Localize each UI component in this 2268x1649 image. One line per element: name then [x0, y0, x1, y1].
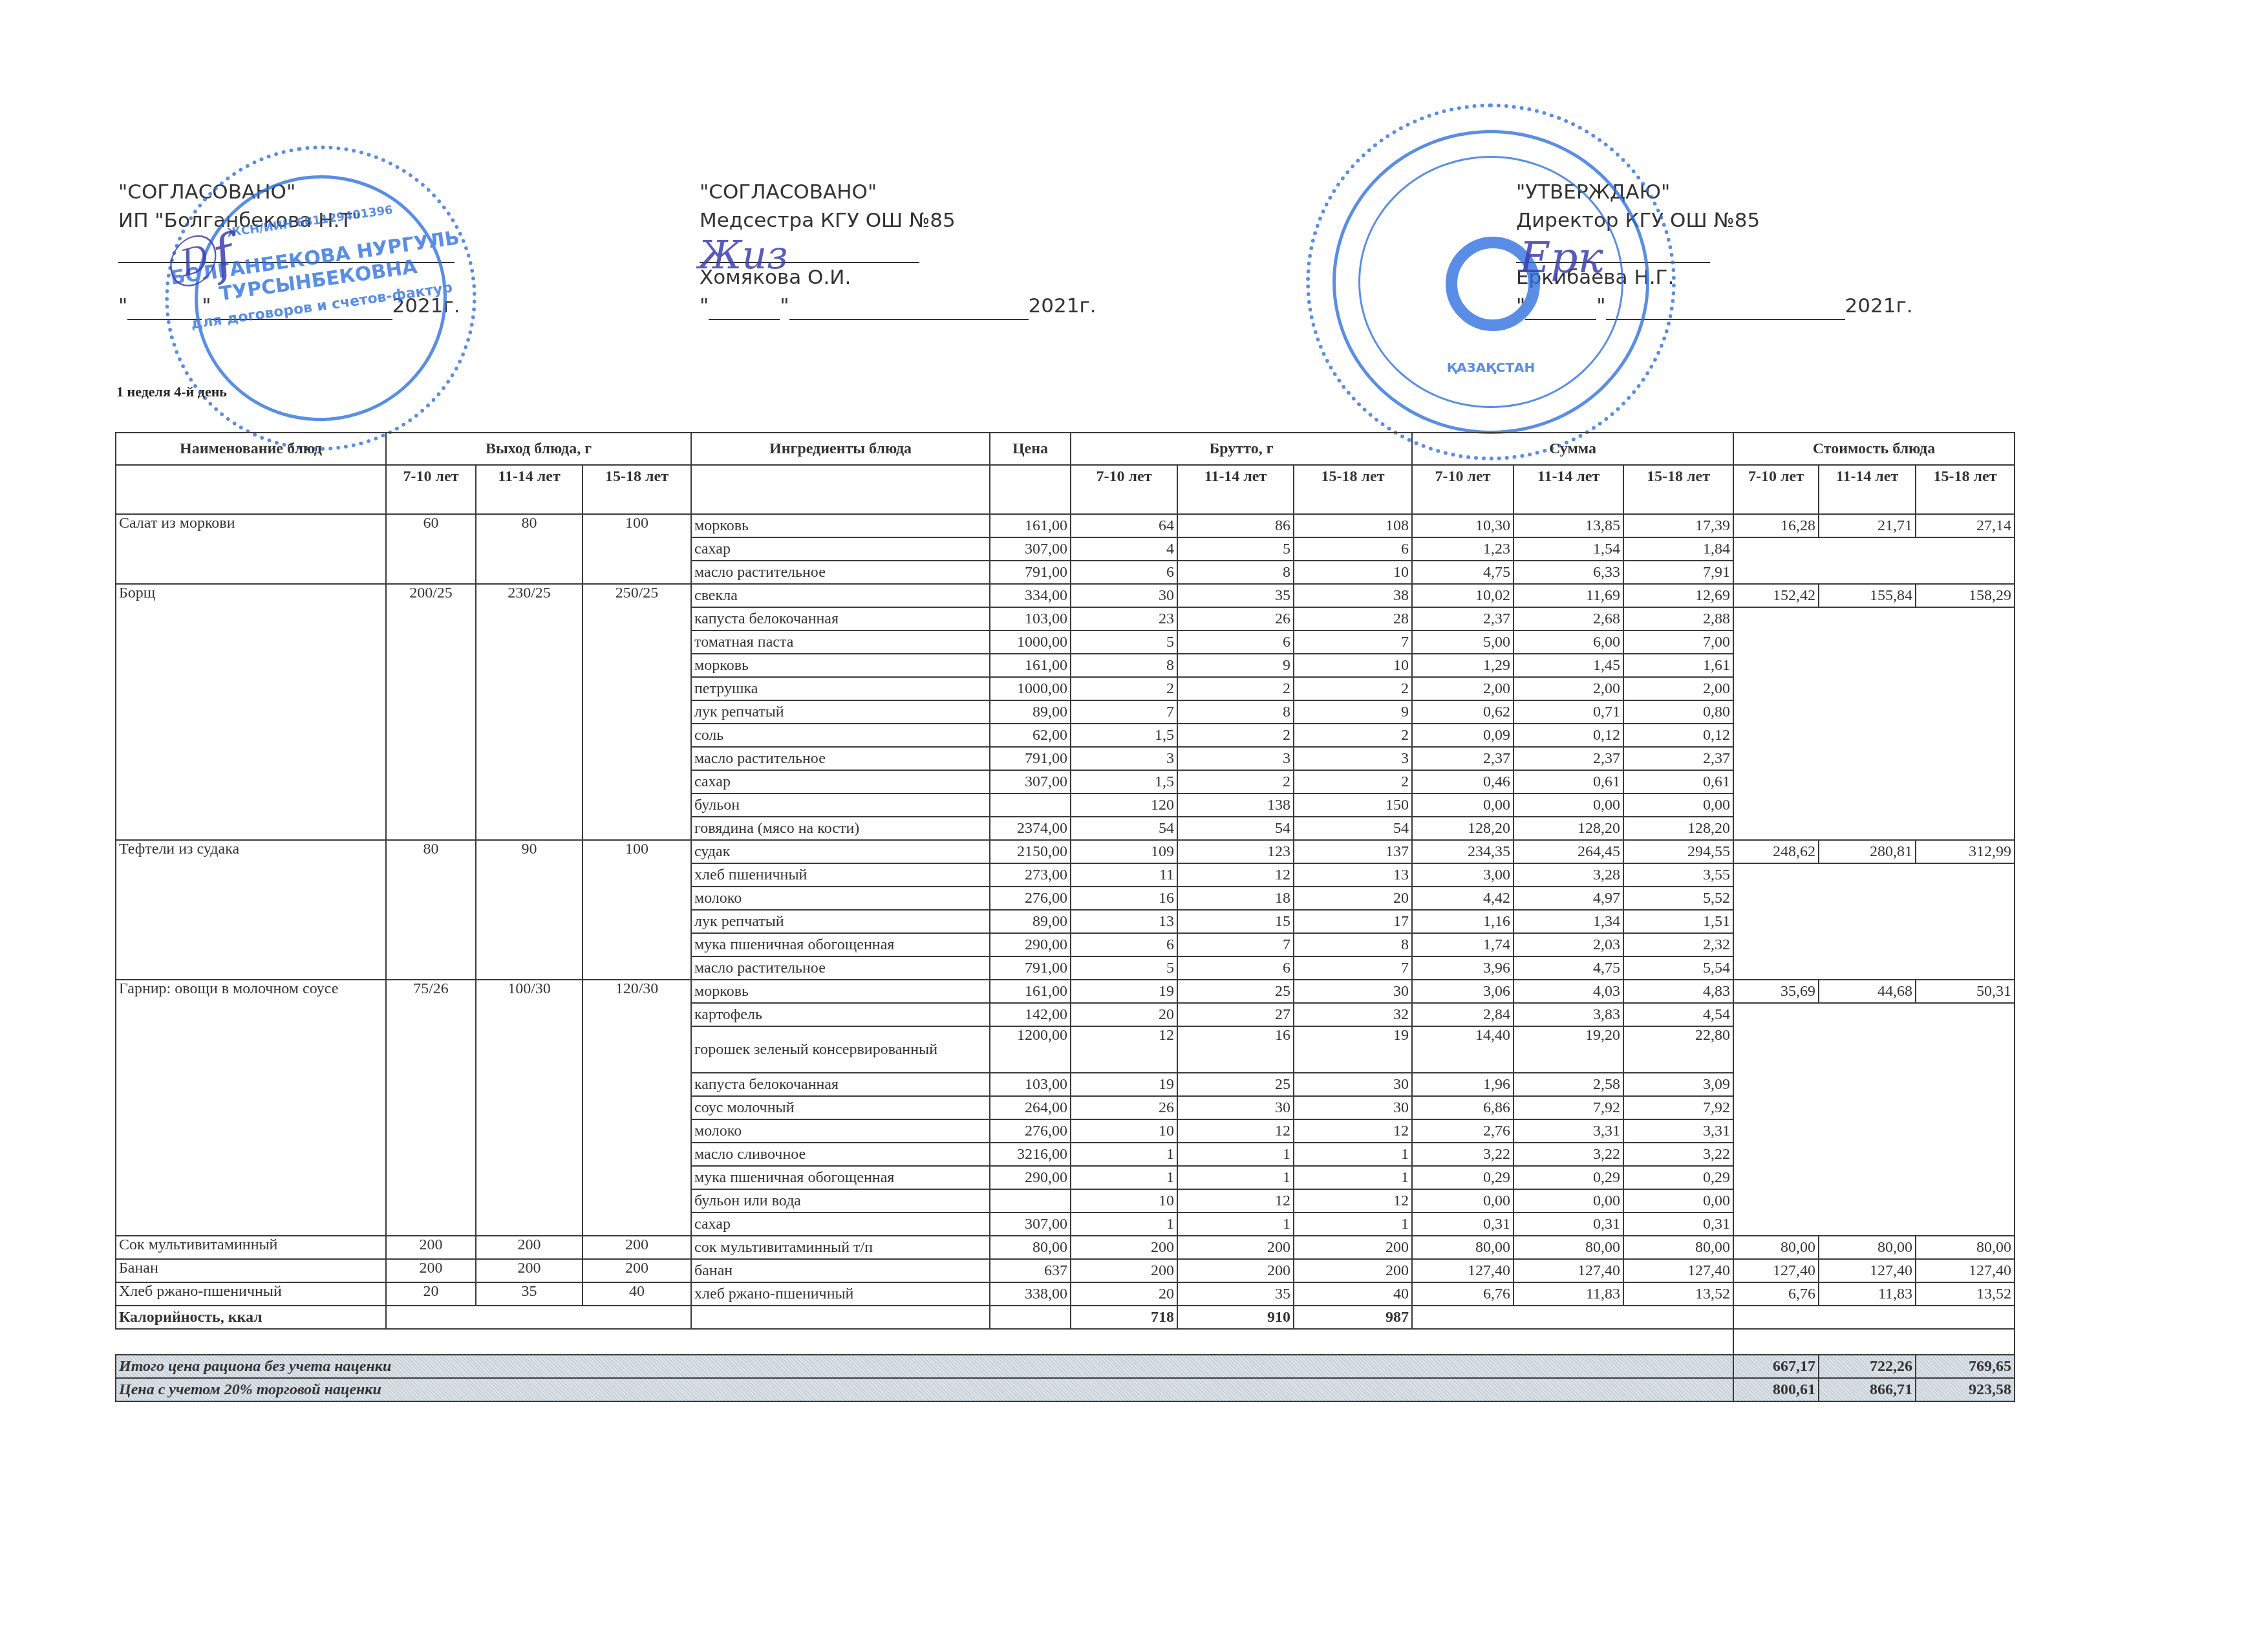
- ingredient-name: масло сливочное: [691, 1143, 990, 1166]
- brutto-0: 12: [1071, 1026, 1177, 1073]
- dish-yield-0: 200: [386, 1259, 476, 1282]
- dish-yield-2: 120/30: [583, 980, 691, 1236]
- brutto-1: 200: [1177, 1259, 1294, 1282]
- blank: [116, 1329, 1733, 1355]
- sum-0: 128,20: [1412, 817, 1514, 840]
- sum-2: 2,37: [1623, 747, 1733, 770]
- dish-yield-2: 200: [583, 1259, 691, 1282]
- brutto-2: 137: [1294, 840, 1412, 863]
- yield-age-0: 7-10 лет: [386, 465, 476, 514]
- brutto-2: 54: [1294, 817, 1412, 840]
- ingredient-price: 264,00: [990, 1096, 1071, 1119]
- calories-row: Калорийность, ккал718910987: [116, 1306, 2015, 1329]
- sum-1: 3,28: [1514, 863, 1623, 887]
- sum-2: 3,31: [1623, 1119, 1733, 1143]
- subheader-blank: [691, 465, 990, 514]
- brutto-0: 109: [1071, 840, 1177, 863]
- dish-name: Тефтели из судака: [116, 840, 386, 980]
- table-body: Салат из моркови6080100морковь161,006486…: [116, 514, 2015, 1401]
- sum-1: 0,31: [1514, 1212, 1623, 1236]
- brutto-0: 10: [1071, 1119, 1177, 1143]
- sum-2: 0,31: [1623, 1212, 1733, 1236]
- brutto-0: 26: [1071, 1096, 1177, 1119]
- cost-age-2: 15-18 лет: [1916, 465, 2015, 514]
- cost-blank: [1733, 863, 2015, 980]
- dish-cost-0: 127,40: [1733, 1259, 1819, 1282]
- dish-cost-0: 16,28: [1733, 514, 1819, 537]
- sum-2: 17,39: [1623, 514, 1733, 537]
- sum-0: 0,09: [1412, 724, 1514, 747]
- brutto-2: 28: [1294, 607, 1412, 630]
- brutto-0: 30: [1071, 584, 1177, 607]
- brutto-0: 4: [1071, 537, 1177, 561]
- sum-1: 11,69: [1514, 584, 1623, 607]
- approval-title: "СОГЛАСОВАНО": [700, 178, 1097, 206]
- sum-1: 128,20: [1514, 817, 1623, 840]
- brutto-0: 5: [1071, 956, 1177, 980]
- brutto-2: 10: [1294, 561, 1412, 584]
- brutto-1: 200: [1177, 1236, 1294, 1259]
- total-label: Итого цена рациона без учета наценки: [116, 1355, 1733, 1378]
- brutto-0: 1: [1071, 1143, 1177, 1166]
- sum-2: 7,00: [1623, 630, 1733, 654]
- sum-1: 127,40: [1514, 1259, 1623, 1282]
- ingredient-price: 80,00: [990, 1236, 1071, 1259]
- dish-cost-2: 80,00: [1916, 1236, 2015, 1259]
- ingredient-name: бульон: [691, 793, 990, 817]
- dish-cost-2: 50,31: [1916, 980, 2015, 1003]
- brutto-2: 1: [1294, 1143, 1412, 1166]
- sum-0: 0,46: [1412, 770, 1514, 793]
- ingredient-price: 637: [990, 1259, 1071, 1282]
- ingredient-price: 307,00: [990, 537, 1071, 561]
- month-blank: [789, 299, 1029, 320]
- brutto-1: 9: [1177, 654, 1294, 677]
- dish-cost-2: 158,29: [1916, 584, 2015, 607]
- brutto-0: 20: [1071, 1003, 1177, 1026]
- brutto-1: 8: [1177, 700, 1294, 724]
- dish-yield-0: 200: [386, 1236, 476, 1259]
- brutto-1: 1: [1177, 1143, 1294, 1166]
- total-value-0: 667,17: [1733, 1355, 1819, 1378]
- sum-1: 0,29: [1514, 1166, 1623, 1189]
- brutto-1: 54: [1177, 817, 1294, 840]
- ingredient-price: 290,00: [990, 1166, 1071, 1189]
- sum-1: 0,71: [1514, 700, 1623, 724]
- ingredient-name: банан: [691, 1259, 990, 1282]
- header-dish: Наименование блюд: [116, 433, 386, 465]
- sum-age-0: 7-10 лет: [1412, 465, 1514, 514]
- sum-1: 3,22: [1514, 1143, 1623, 1166]
- sum-2: 0,61: [1623, 770, 1733, 793]
- sum-0: 3,00: [1412, 863, 1514, 887]
- brutto-0: 2: [1071, 677, 1177, 700]
- brutto-2: 1: [1294, 1166, 1412, 1189]
- dish-cost-1: 280,81: [1819, 840, 1916, 863]
- brutto-2: 40: [1294, 1282, 1412, 1306]
- ingredient-price: 307,00: [990, 770, 1071, 793]
- brutto-0: 54: [1071, 817, 1177, 840]
- yield-age-2: 15-18 лет: [583, 465, 691, 514]
- sum-1: 0,12: [1514, 724, 1623, 747]
- table-header-row: Наименование блюд Выход блюда, г Ингреди…: [116, 433, 2015, 465]
- sum-0: 0,62: [1412, 700, 1514, 724]
- dish-cost-1: 21,71: [1819, 514, 1916, 537]
- ingredient-name: бульон или вода: [691, 1189, 990, 1212]
- brutto-1: 8: [1177, 561, 1294, 584]
- menu-cost-table: Наименование блюд Выход блюда, г Ингреди…: [115, 432, 2015, 1402]
- cost-blank: [1733, 1003, 2015, 1236]
- brutto-0: 120: [1071, 793, 1177, 817]
- header-sum: Сумма: [1412, 433, 1733, 465]
- ingredient-name: сок мультивитаминный т/п: [691, 1236, 990, 1259]
- ingredient-price: 276,00: [990, 887, 1071, 910]
- ingredient-price: 62,00: [990, 724, 1071, 747]
- month-blank: [1606, 299, 1845, 320]
- brutto-0: 11: [1071, 863, 1177, 887]
- sum-0: 4,75: [1412, 561, 1514, 584]
- dish-cost-1: 80,00: [1819, 1236, 1916, 1259]
- dish-yield-2: 200: [583, 1236, 691, 1259]
- brutto-2: 10: [1294, 654, 1412, 677]
- cost-blank: [1733, 607, 2015, 840]
- brutto-1: 2: [1177, 770, 1294, 793]
- brutto-1: 2: [1177, 677, 1294, 700]
- day-blank: [127, 299, 202, 320]
- sum-0: 10,02: [1412, 584, 1514, 607]
- day-blank: [709, 299, 780, 320]
- brutto-1: 123: [1177, 840, 1294, 863]
- header-ingredients: Ингредиенты блюда: [691, 433, 990, 465]
- sum-2: 127,40: [1623, 1259, 1733, 1282]
- sum-2: 0,29: [1623, 1166, 1733, 1189]
- sum-2: 5,52: [1623, 887, 1733, 910]
- brutto-0: 23: [1071, 607, 1177, 630]
- month-blank: [211, 299, 392, 320]
- brutto-1: 25: [1177, 1073, 1294, 1096]
- sum-2: 0,80: [1623, 700, 1733, 724]
- ingredient-price: 2374,00: [990, 817, 1071, 840]
- sum-2: 2,88: [1623, 607, 1733, 630]
- sum-0: 80,00: [1412, 1236, 1514, 1259]
- table-row: Гарнир: овощи в молочном соусе75/26100/3…: [116, 980, 2015, 1003]
- brutto-2: 30: [1294, 1073, 1412, 1096]
- calories-value-2: 987: [1294, 1306, 1412, 1329]
- brutto-1: 138: [1177, 793, 1294, 817]
- brutto-2: 32: [1294, 1003, 1412, 1026]
- sum-1: 1,45: [1514, 654, 1623, 677]
- sum-0: 3,96: [1412, 956, 1514, 980]
- calories-label: Калорийность, ккал: [116, 1306, 386, 1329]
- dish-cost-0: 6,76: [1733, 1282, 1819, 1306]
- brutto-2: 7: [1294, 630, 1412, 654]
- brutto-0: 19: [1071, 1073, 1177, 1096]
- ingredient-name: молоко: [691, 887, 990, 910]
- dish-cost-1: 11,83: [1819, 1282, 1916, 1306]
- dish-cost-1: 155,84: [1819, 584, 1916, 607]
- sum-1: 13,85: [1514, 514, 1623, 537]
- sum-age-1: 11-14 лет: [1514, 465, 1623, 514]
- brutto-0: 1: [1071, 1166, 1177, 1189]
- dish-cost-0: 80,00: [1733, 1236, 1819, 1259]
- sum-0: 5,00: [1412, 630, 1514, 654]
- sum-2: 3,55: [1623, 863, 1733, 887]
- brutto-0: 6: [1071, 561, 1177, 584]
- day-blank: [1525, 299, 1596, 320]
- sum-2: 294,55: [1623, 840, 1733, 863]
- subheader-blank: [990, 465, 1071, 514]
- dish-name: Гарнир: овощи в молочном соусе: [116, 980, 386, 1236]
- calories-value-0: 718: [1071, 1306, 1177, 1329]
- brutto-2: 1: [1294, 1212, 1412, 1236]
- sum-2: 80,00: [1623, 1236, 1733, 1259]
- dish-cost-2: 27,14: [1916, 514, 2015, 537]
- brutto-0: 64: [1071, 514, 1177, 537]
- brutto-2: 6: [1294, 537, 1412, 561]
- sum-2: 1,51: [1623, 910, 1733, 933]
- dish-yield-2: 40: [583, 1282, 691, 1306]
- ingredient-name: молоко: [691, 1119, 990, 1143]
- table-row: Борщ200/25230/25250/25свекла334,00303538…: [116, 584, 2015, 607]
- sum-2: 128,20: [1623, 817, 1733, 840]
- sum-2: 3,22: [1623, 1143, 1733, 1166]
- ingredient-name: лук репчатый: [691, 910, 990, 933]
- ingredient-price: 2150,00: [990, 840, 1071, 863]
- sum-1: 2,03: [1514, 933, 1623, 956]
- brutto-0: 10: [1071, 1189, 1177, 1212]
- ingredient-price: 338,00: [990, 1282, 1071, 1306]
- sum-0: 1,16: [1412, 910, 1514, 933]
- sum-1: 1,34: [1514, 910, 1623, 933]
- ingredient-price: 161,00: [990, 514, 1071, 537]
- sum-1: 6,33: [1514, 561, 1623, 584]
- total-value-2: 923,58: [1916, 1378, 2015, 1401]
- table-subheader-row: 7-10 лет11-14 лет15-18 лет7-10 лет11-14 …: [116, 465, 2015, 514]
- sum-1: 1,54: [1514, 537, 1623, 561]
- sum-2: 0,00: [1623, 1189, 1733, 1212]
- brutto-2: 2: [1294, 677, 1412, 700]
- dish-name: Борщ: [116, 584, 386, 840]
- dish-yield-1: 230/25: [476, 584, 583, 840]
- blank: [1412, 1306, 1733, 1329]
- header-brutto: Брутто, г: [1071, 433, 1412, 465]
- brutto-0: 5: [1071, 630, 1177, 654]
- blank: [1733, 1306, 2015, 1329]
- sum-1: 19,20: [1514, 1026, 1623, 1073]
- ingredient-name: масло растительное: [691, 747, 990, 770]
- sum-1: 0,00: [1514, 793, 1623, 817]
- sum-1: 4,75: [1514, 956, 1623, 980]
- brutto-0: 13: [1071, 910, 1177, 933]
- ingredient-price: 307,00: [990, 1212, 1071, 1236]
- brutto-1: 86: [1177, 514, 1294, 537]
- dish-cost-0: 35,69: [1733, 980, 1819, 1003]
- ingredient-name: мука пшеничная обогощенная: [691, 933, 990, 956]
- brutto-1: 1: [1177, 1212, 1294, 1236]
- brutto-1: 6: [1177, 630, 1294, 654]
- ingredient-price: 791,00: [990, 561, 1071, 584]
- ingredient-price: 791,00: [990, 956, 1071, 980]
- brutto-age-2: 15-18 лет: [1294, 465, 1412, 514]
- brutto-0: 200: [1071, 1236, 1177, 1259]
- sum-2: 1,84: [1623, 537, 1733, 561]
- brutto-2: 8: [1294, 933, 1412, 956]
- dish-name: Банан: [116, 1259, 386, 1282]
- sum-2: 12,69: [1623, 584, 1733, 607]
- brutto-0: 1,5: [1071, 770, 1177, 793]
- brutto-1: 16: [1177, 1026, 1294, 1073]
- calories-value-1: 910: [1177, 1306, 1294, 1329]
- sum-2: 2,32: [1623, 933, 1733, 956]
- sum-0: 2,76: [1412, 1119, 1514, 1143]
- dish-name: Хлеб ржано-пшеничный: [116, 1282, 386, 1306]
- sum-2: 1,61: [1623, 654, 1733, 677]
- header-cost: Стоимость блюда: [1733, 433, 2015, 465]
- brutto-2: 17: [1294, 910, 1412, 933]
- brutto-1: 12: [1177, 1189, 1294, 1212]
- dish-yield-0: 60: [386, 514, 476, 584]
- ingredient-price: 89,00: [990, 700, 1071, 724]
- brutto-1: 2: [1177, 724, 1294, 747]
- sum-0: 6,86: [1412, 1096, 1514, 1119]
- table-row: Салат из моркови6080100морковь161,006486…: [116, 514, 2015, 537]
- ingredient-name: свекла: [691, 584, 990, 607]
- brutto-1: 18: [1177, 887, 1294, 910]
- ingredient-name: сахар: [691, 770, 990, 793]
- sum-1: 0,61: [1514, 770, 1623, 793]
- ingredient-name: хлеб ржано-пшеничный: [691, 1282, 990, 1306]
- brutto-age-0: 7-10 лет: [1071, 465, 1177, 514]
- brutto-2: 38: [1294, 584, 1412, 607]
- ingredient-price: 89,00: [990, 910, 1071, 933]
- ingredient-name: картофель: [691, 1003, 990, 1026]
- ingredient-name: хлеб пшеничный: [691, 863, 990, 887]
- brutto-0: 3: [1071, 747, 1177, 770]
- header-price: Цена: [990, 433, 1071, 465]
- sum-0: 2,00: [1412, 677, 1514, 700]
- cost-age-0: 7-10 лет: [1733, 465, 1819, 514]
- sum-0: 1,96: [1412, 1073, 1514, 1096]
- brutto-1: 12: [1177, 1119, 1294, 1143]
- cost-age-1: 11-14 лет: [1819, 465, 1916, 514]
- stamp-emblem-text: ҚАЗАҚСТАН: [1310, 360, 1672, 375]
- sum-1: 4,97: [1514, 887, 1623, 910]
- approval-year: 2021г.: [1029, 294, 1097, 318]
- total-value-0: 800,61: [1733, 1378, 1819, 1401]
- sum-1: 7,92: [1514, 1096, 1623, 1119]
- dish-yield-0: 20: [386, 1282, 476, 1306]
- blank: [990, 1306, 1071, 1329]
- dish-yield-1: 35: [476, 1282, 583, 1306]
- sum-1: 80,00: [1514, 1236, 1623, 1259]
- dish-cost-1: 44,68: [1819, 980, 1916, 1003]
- sum-2: 7,92: [1623, 1096, 1733, 1119]
- dish-yield-0: 80: [386, 840, 476, 980]
- cost-blank: [1733, 537, 2015, 584]
- dish-cost-1: 127,40: [1819, 1259, 1916, 1282]
- ingredient-price: [990, 1189, 1071, 1212]
- sum-2: 5,54: [1623, 956, 1733, 980]
- signature-nurse: Жиз: [698, 233, 788, 278]
- sum-0: 6,76: [1412, 1282, 1514, 1306]
- ingredient-name: горошек зеленый консервированный: [691, 1026, 990, 1073]
- total-value-1: 722,26: [1819, 1355, 1916, 1378]
- brutto-1: 35: [1177, 1282, 1294, 1306]
- sum-0: 3,22: [1412, 1143, 1514, 1166]
- brutto-1: 30: [1177, 1096, 1294, 1119]
- ingredient-name: соус молочный: [691, 1096, 990, 1119]
- ingredient-name: капуста белокочанная: [691, 1073, 990, 1096]
- brutto-0: 19: [1071, 980, 1177, 1003]
- ingredient-name: мука пшеничная обогощенная: [691, 1166, 990, 1189]
- table-row: Тефтели из судака8090100судак2150,001091…: [116, 840, 2015, 863]
- dish-yield-1: 100/30: [476, 980, 583, 1236]
- brutto-2: 150: [1294, 793, 1412, 817]
- sum-age-2: 15-18 лет: [1623, 465, 1733, 514]
- ingredient-price: 791,00: [990, 747, 1071, 770]
- sum-1: 3,83: [1514, 1003, 1623, 1026]
- ingredient-name: масло растительное: [691, 561, 990, 584]
- brutto-2: 2: [1294, 770, 1412, 793]
- ingredient-name: соль: [691, 724, 990, 747]
- sum-0: 2,37: [1412, 747, 1514, 770]
- sum-1: 2,58: [1514, 1073, 1623, 1096]
- dish-cost-2: 312,99: [1916, 840, 2015, 863]
- sum-0: 1,29: [1412, 654, 1514, 677]
- dish-yield-1: 90: [476, 840, 583, 980]
- brutto-1: 12: [1177, 863, 1294, 887]
- sum-0: 4,42: [1412, 887, 1514, 910]
- dish-yield-0: 200/25: [386, 584, 476, 840]
- sum-2: 0,00: [1623, 793, 1733, 817]
- sum-1: 2,37: [1514, 747, 1623, 770]
- ingredient-price: 3216,00: [990, 1143, 1071, 1166]
- total-value-2: 769,65: [1916, 1355, 2015, 1378]
- ingredient-price: 276,00: [990, 1119, 1071, 1143]
- sum-0: 2,84: [1412, 1003, 1514, 1026]
- dish-cost-0: 152,42: [1733, 584, 1819, 607]
- brutto-0: 1,5: [1071, 724, 1177, 747]
- brutto-0: 1: [1071, 1212, 1177, 1236]
- ingredient-name: масло растительное: [691, 956, 990, 980]
- ingredient-price: [990, 793, 1071, 817]
- sum-0: 127,40: [1412, 1259, 1514, 1282]
- ingredient-price: 103,00: [990, 607, 1071, 630]
- week-day-label: 1 неделя 4-й день: [116, 383, 227, 400]
- brutto-2: 30: [1294, 980, 1412, 1003]
- sum-0: 1,23: [1412, 537, 1514, 561]
- ingredient-name: томатная паста: [691, 630, 990, 654]
- brutto-0: 8: [1071, 654, 1177, 677]
- sum-2: 4,54: [1623, 1003, 1733, 1026]
- sum-1: 11,83: [1514, 1282, 1623, 1306]
- brutto-2: 200: [1294, 1236, 1412, 1259]
- sum-2: 0,12: [1623, 724, 1733, 747]
- sum-0: 14,40: [1412, 1026, 1514, 1073]
- brutto-2: 12: [1294, 1189, 1412, 1212]
- dish-cost-2: 13,52: [1916, 1282, 2015, 1306]
- brutto-2: 30: [1294, 1096, 1412, 1119]
- sum-1: 2,68: [1514, 607, 1623, 630]
- sum-0: 0,31: [1412, 1212, 1514, 1236]
- brutto-1: 7: [1177, 933, 1294, 956]
- brutto-0: 200: [1071, 1259, 1177, 1282]
- brutto-1: 1: [1177, 1166, 1294, 1189]
- approval-position: Директор КГУ ОШ №85: [1516, 206, 1913, 235]
- brutto-1: 5: [1177, 537, 1294, 561]
- sum-0: 0,29: [1412, 1166, 1514, 1189]
- sum-1: 2,00: [1514, 677, 1623, 700]
